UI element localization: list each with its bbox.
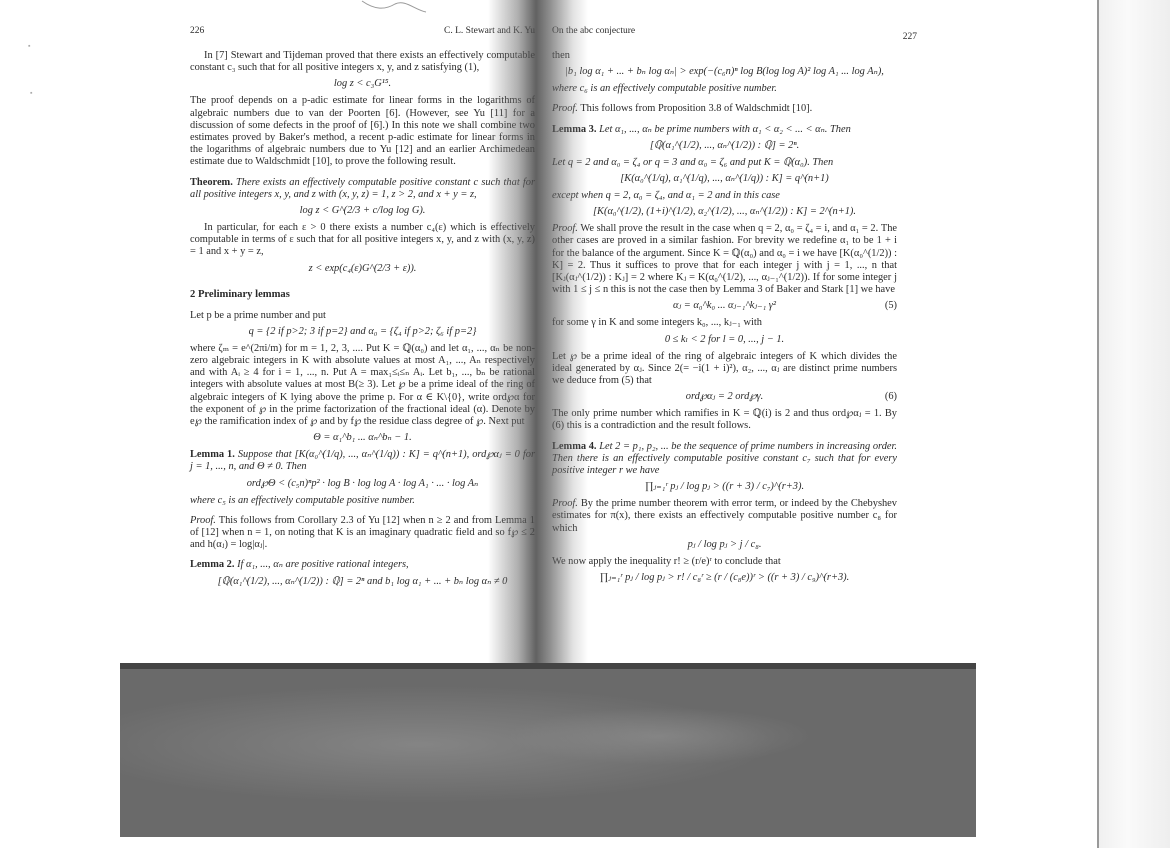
paragraph: The proof depends on a p-adic estimate f… <box>190 95 535 168</box>
proof: Proof. We shall prove the result in the … <box>552 223 897 296</box>
lemma-label: Lemma 2. <box>190 559 234 570</box>
equation: ord℘αⱼ = 2 ord℘γ.(6) <box>552 390 897 403</box>
paragraph: where c₆ is an effectively computable po… <box>552 83 897 95</box>
equation: |b₁ log α₁ + ... + bₙ log αₙ| > exp(−(c₆… <box>552 65 897 78</box>
lemma-text: If α₁, ..., αₙ are positive rational int… <box>237 559 409 570</box>
equation: Θ = α₁^b₁ ... αₙ^bₙ − 1. <box>190 431 535 444</box>
equation: log z < c₃G¹⁵. <box>190 77 535 90</box>
proof-label: Proof. <box>552 498 578 509</box>
pen-mark-decoration <box>360 0 430 14</box>
paragraph: for some γ in K and some integers k₀, ..… <box>552 317 897 329</box>
section-heading: 2 Preliminary lemmas <box>190 289 535 300</box>
equation: [K(α₀^(1/2), (1+i)^(1/2), α₂^(1/2), ...,… <box>552 205 897 218</box>
equation: q = {2 if p>2; 3 if p=2} and α₀ = {ζ₄ if… <box>190 325 535 338</box>
paragraph: In [7] Stewart and Tijdeman proved that … <box>190 50 535 74</box>
paragraph: Let ℘ be a prime ideal of the ring of al… <box>552 351 897 388</box>
proof-text: We shall prove the result in the case wh… <box>552 223 897 295</box>
lemma-text: Let α₁, ..., αₙ be prime numbers with α₁… <box>599 124 851 135</box>
proof-text: This follows from Proposition 3.8 of Wal… <box>580 103 812 114</box>
proof-label: Proof. <box>552 103 578 114</box>
lemma-text: Suppose that [K(α₀^(1/q), ..., αₙ^(1/q))… <box>190 449 535 472</box>
running-head-title: On the abc conjecture <box>552 26 635 36</box>
lemma: Lemma 4. Let 2 = p₁, p₂, ... be the sequ… <box>552 441 897 478</box>
paragraph: The only prime number which ramifies in … <box>552 408 897 432</box>
proof-text: This follows from Corollary 2.3 of Yu [1… <box>190 515 535 550</box>
equation: [K(α₀^(1/q), α₁^(1/q), ..., αₙ^(1/q)) : … <box>552 172 897 185</box>
paragraph: then <box>552 50 897 62</box>
equation: pⱼ / log pⱼ > j / c₈. <box>552 538 897 551</box>
equation: ∏ⱼ₌₁ʳ pⱼ / log pⱼ > r! / c₈ʳ ≥ (r / (c₈e… <box>552 571 897 584</box>
paragraph: In particular, for each ε > 0 there exis… <box>190 222 535 259</box>
lemma-text: Let 2 = p₁, p₂, ... be the sequence of p… <box>552 441 897 476</box>
equation: log z < G^(2/3 + c/log log G). <box>190 204 535 217</box>
equation-number: (5) <box>885 299 897 312</box>
theorem-label: Theorem. <box>190 177 233 188</box>
paragraph: Let q = 2 and α₀ = ζ₄ or q = 3 and α₀ = … <box>552 157 897 169</box>
equation: αⱼ = α₀^k₀ ... αⱼ₋₁^kⱼ₋₁ γ²(5) <box>552 299 897 312</box>
equation: 0 ≤ kₗ < 2 for l = 0, ..., j − 1. <box>552 333 897 346</box>
left-running-head: 226 C. L. Stewart and K. Yu <box>190 26 535 50</box>
equation: ord℘Θ < (c₅n)ⁿp² · log B · log log A · l… <box>190 477 535 490</box>
lemma-tail: where c₅ is an effectively computable po… <box>190 495 535 507</box>
proof-label: Proof. <box>190 515 216 526</box>
equation-number: (6) <box>885 390 897 403</box>
theorem: Theorem. There exists an effectively com… <box>190 177 535 201</box>
equation: [ℚ(α₁^(1/2), ..., αₙ^(1/2)) : ℚ] = 2ⁿ. <box>552 139 897 152</box>
equation: z < exp(c₄(ε)G^(2/3 + ε)). <box>190 262 535 275</box>
paragraph: where ζₘ = e^(2πi/m) for m = 1, 2, 3, ..… <box>190 343 535 428</box>
proof: Proof. This follows from Proposition 3.8… <box>552 103 897 115</box>
lemma-label: Lemma 4. <box>552 441 597 452</box>
page-edge-line <box>1097 0 1099 848</box>
equation: ∏ⱼ₌₁ʳ pⱼ / log pⱼ > ((r + 3) / c₇)^(r+3)… <box>552 480 897 493</box>
margin-mark: ▪ <box>30 89 32 97</box>
scanner-background-band <box>120 663 976 837</box>
scanned-book-spread: ▪ ▪ 226 C. L. Stewart and K. Yu In [7] S… <box>0 0 1170 848</box>
lemma: Lemma 3. Let α₁, ..., αₙ be prime number… <box>552 124 897 136</box>
proof: Proof. This follows from Corollary 2.3 o… <box>190 515 535 552</box>
proof-label: Proof. <box>552 223 578 234</box>
margin-mark: ▪ <box>28 42 30 50</box>
right-running-head: On the abc conjecture 227 <box>552 26 897 50</box>
page-edge-shade <box>1099 0 1170 848</box>
proof-text: By the prime number theorem with error t… <box>552 498 897 533</box>
lemma: Lemma 1. Suppose that [K(α₀^(1/q), ..., … <box>190 449 535 473</box>
left-page: 226 C. L. Stewart and K. Yu In [7] Stewa… <box>190 26 535 593</box>
paragraph: except when q = 2, α₀ = ζ₄, and α₁ = 2 a… <box>552 190 897 202</box>
paragraph: We now apply the inequality r! ≥ (r/e)ʳ … <box>552 556 897 568</box>
equation-body: ord℘αⱼ = 2 ord℘γ. <box>686 391 763 402</box>
equation-body: αⱼ = α₀^k₀ ... αⱼ₋₁^kⱼ₋₁ γ² <box>673 300 776 311</box>
page-number: 227 <box>903 32 917 42</box>
proof: Proof. By the prime number theorem with … <box>552 498 897 535</box>
right-page: On the abc conjecture 227 then |b₁ log α… <box>552 26 897 589</box>
page-number: 226 <box>190 26 204 36</box>
running-head-authors: C. L. Stewart and K. Yu <box>444 26 535 36</box>
lemma-label: Lemma 3. <box>552 124 596 135</box>
lemma-label: Lemma 1. <box>190 449 235 460</box>
paragraph: Let p be a prime number and put <box>190 310 535 322</box>
lemma: Lemma 2. If α₁, ..., αₙ are positive rat… <box>190 559 535 571</box>
theorem-text: There exists an effectively computable p… <box>190 177 535 200</box>
equation: [ℚ(α₁^(1/2), ..., αₙ^(1/2)) : ℚ] = 2ⁿ an… <box>190 575 535 588</box>
